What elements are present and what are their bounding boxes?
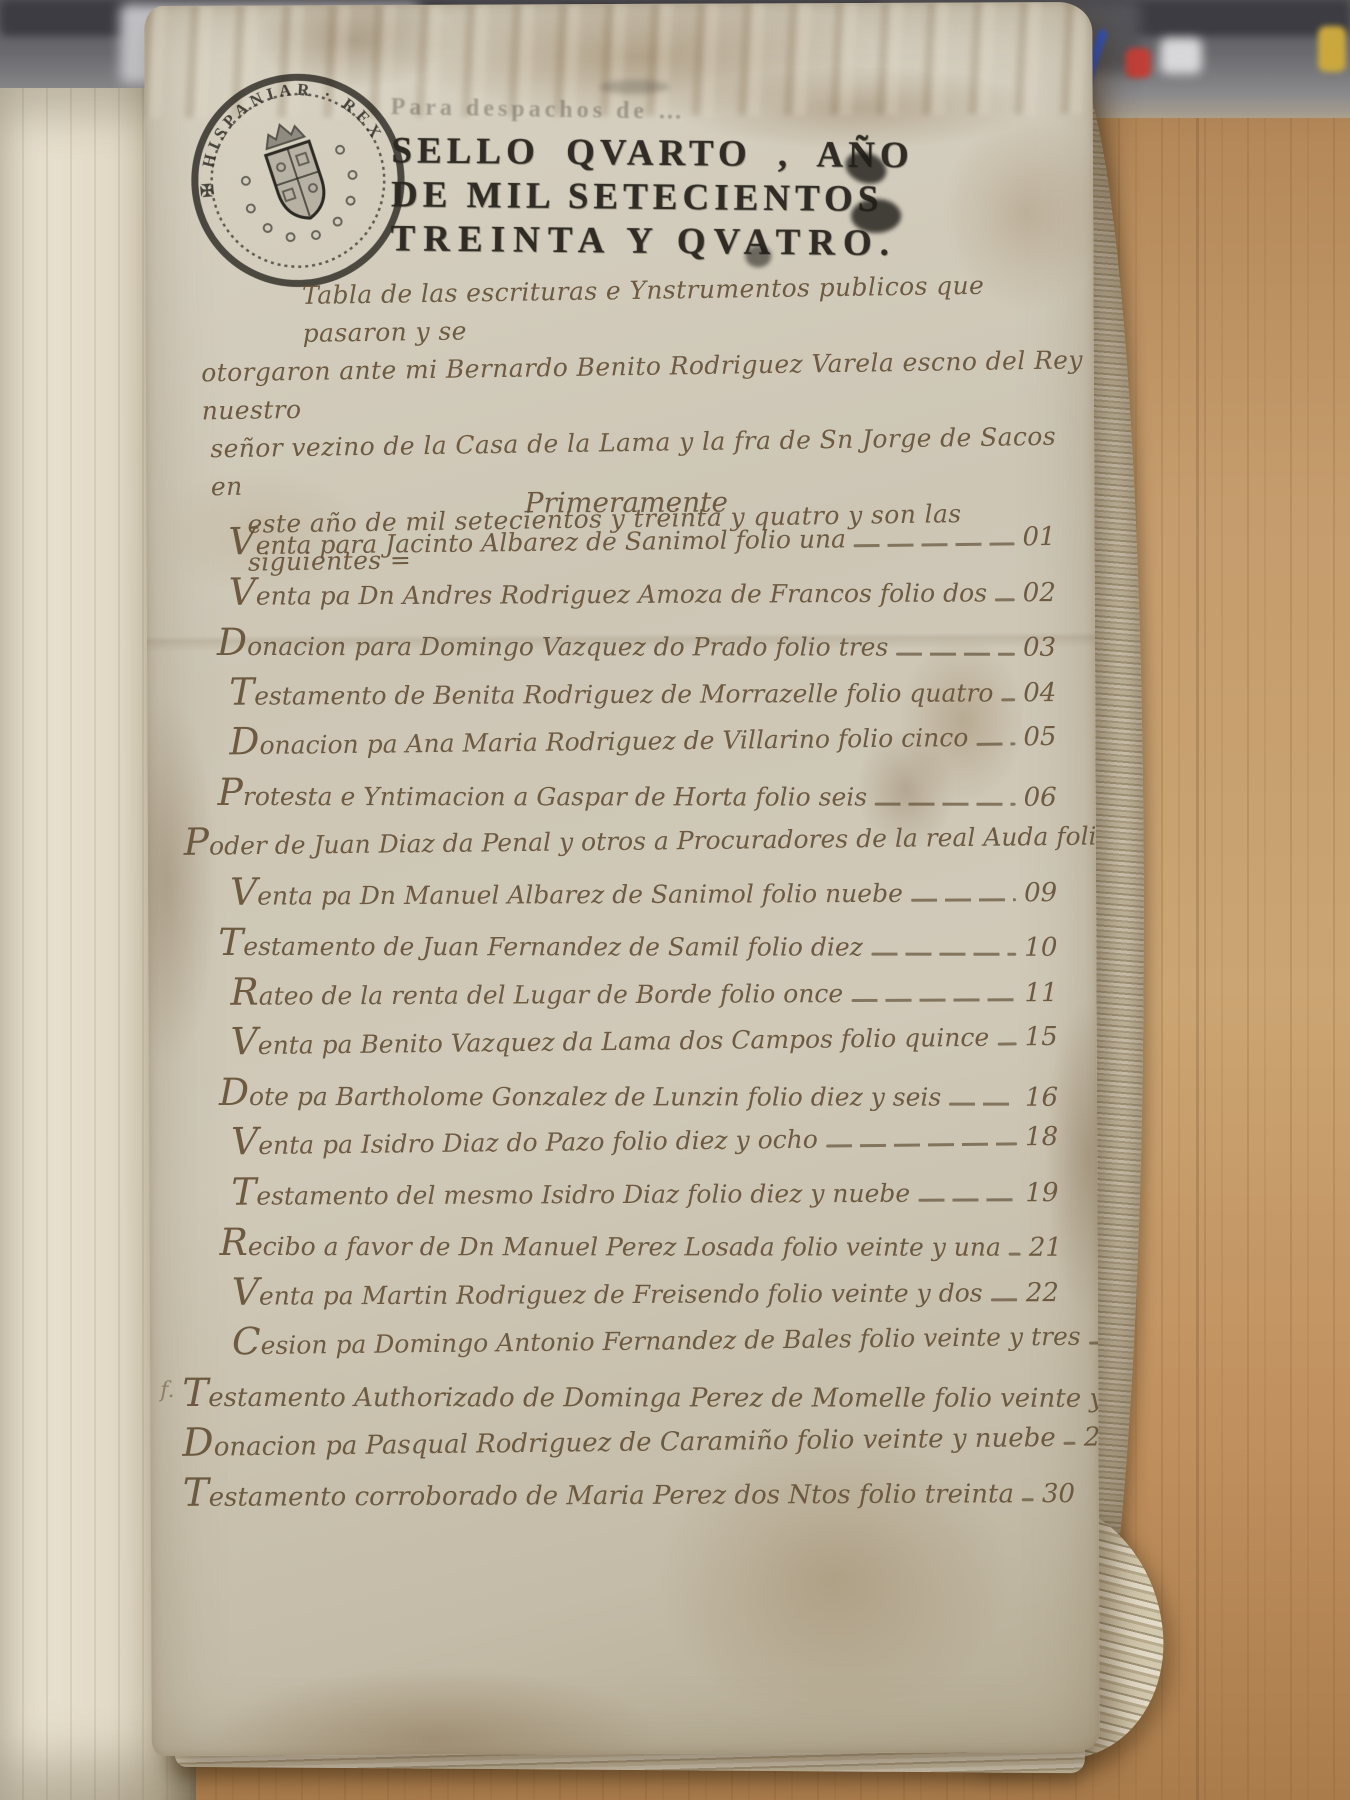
press-line-3: TREINTA Y QVATRO. bbox=[390, 217, 913, 266]
press-line-2: DE MIL SETECIENTOS bbox=[391, 173, 914, 222]
letterpress-tax-stamp-text: SELLO QVARTO , AÑO DE MIL SETECIENTOS TR… bbox=[390, 129, 913, 266]
entry-text: Venta pa Benito Vazquez da Lama dos Camp… bbox=[230, 1015, 989, 1061]
entry-row: Cesion pa Domingo Antonio Fernandez de B… bbox=[176, 1314, 1083, 1374]
entry-row: Testamento de Juan Fernandez de Samil fo… bbox=[174, 924, 1080, 975]
dash-leader bbox=[995, 598, 1015, 601]
entry-row: Donacion pa Pasqual Rodriguez de Caramiñ… bbox=[176, 1414, 1083, 1474]
dash-leader bbox=[826, 1142, 1017, 1147]
entry-text: Testamento de Juan Fernandez de Samil fo… bbox=[218, 924, 863, 962]
folio-number: 21 bbox=[1029, 1233, 1081, 1263]
dash-leader bbox=[991, 1298, 1018, 1301]
dash-leader bbox=[851, 998, 1016, 1002]
dash-leader bbox=[997, 1042, 1017, 1045]
photo-of-manuscript: ✠ HISPANIAR · REX · bbox=[0, 0, 1350, 1800]
small-red-item-blur bbox=[1125, 48, 1151, 78]
folio-number: 19 bbox=[1025, 1178, 1077, 1208]
folio-number: 05 bbox=[1023, 722, 1075, 753]
dash-leader bbox=[1064, 1441, 1076, 1444]
press-line-1: SELLO QVARTO , AÑO bbox=[391, 129, 914, 178]
folio-number: 29 bbox=[1084, 1422, 1100, 1453]
entry-row: Recibo a favor de Dn Manuel Perez Losada… bbox=[176, 1224, 1082, 1275]
dash-leader bbox=[896, 652, 1015, 655]
entry-row: Donacion pa Ana Maria Rodriguez de Villa… bbox=[173, 714, 1080, 774]
folio-number: 16 bbox=[1025, 1083, 1077, 1113]
entry-row: Venta pa Dn Andres Rodriguez Amoza de Fr… bbox=[173, 570, 1079, 624]
entry-text: Donacion para Domingo Vazquez do Prado f… bbox=[217, 624, 888, 662]
dash-leader bbox=[1022, 1498, 1034, 1501]
folio-number: 22 bbox=[1026, 1278, 1078, 1308]
ink-smudge bbox=[745, 245, 771, 267]
entry-text: Venta pa Dn Andres Rodriguez Amoza de Fr… bbox=[229, 570, 987, 611]
entry-text: Venta pa Martin Rodriguez de Freisendo f… bbox=[232, 1270, 983, 1311]
margin-annotation: f. bbox=[160, 1378, 174, 1403]
intro-line-2: otorgaron ante mi Bernardo Benito Rodrig… bbox=[201, 341, 1088, 430]
yellow-item-blur bbox=[1318, 26, 1346, 72]
folio-number: 02 bbox=[1023, 578, 1075, 608]
entry-text: Testamento de Benita Rodriguez de Morraz… bbox=[229, 670, 993, 711]
entries-list: Venta para Jacinto Albarez de Sanimol fo… bbox=[172, 520, 1082, 1524]
entry-row: Poder de Juan Diaz da Penal y otros a Pr… bbox=[174, 814, 1081, 874]
entry-text: Venta para Jacinto Albarez de Sanimol fo… bbox=[228, 516, 846, 561]
entry-text: Recibo a favor de Dn Manuel Perez Losada… bbox=[220, 1224, 1001, 1262]
small-white-item-blur bbox=[1160, 38, 1202, 74]
folio-number: 09 bbox=[1024, 878, 1076, 908]
entry-text: Testamento Authorizado de Dominga Perez … bbox=[182, 1374, 1100, 1414]
dash-leader bbox=[976, 742, 1015, 745]
entry-row: Donacion para Domingo Vazquez do Prado f… bbox=[173, 624, 1079, 675]
dash-leader bbox=[854, 542, 1015, 547]
dash-leader bbox=[871, 952, 1017, 955]
seal-shield bbox=[266, 141, 332, 225]
entry-row: Testamento corroborado de Maria Perez do… bbox=[177, 1470, 1083, 1524]
dash-leader bbox=[1009, 1252, 1021, 1255]
entry-text: Testamento corroborado de Maria Perez do… bbox=[183, 1470, 1014, 1513]
entry-text: Donacion pa Ana Maria Rodriguez de Villa… bbox=[229, 715, 968, 761]
entry-text: Rateo de la renta del Lugar de Borde fol… bbox=[230, 971, 843, 1011]
dash-leader bbox=[875, 802, 1016, 805]
entry-row: Testamento del mesmo Isidro Diaz folio d… bbox=[175, 1170, 1081, 1224]
section-heading: Primeramente bbox=[446, 485, 806, 520]
intro-line-1: Tabla de las escrituras e Ynstrumentos p… bbox=[302, 265, 1087, 353]
entry-text: Protesta e Yntimacion a Gaspar de Horta … bbox=[218, 774, 867, 812]
entry-row: Venta pa Benito Vazquez da Lama dos Camp… bbox=[174, 1014, 1081, 1074]
entry-text: Venta pa Dn Manuel Albarez de Sanimol fo… bbox=[230, 871, 903, 911]
entry-row: Venta pa Isidro Diaz do Pazo folio diez … bbox=[175, 1114, 1082, 1174]
entry-row: Venta para Jacinto Albarez de Sanimol fo… bbox=[172, 514, 1079, 574]
entry-text: Dote pa Bartholome Gonzalez de Lunzin fo… bbox=[219, 1074, 941, 1112]
folio-number: 01 bbox=[1022, 522, 1074, 553]
ink-smudge bbox=[851, 199, 901, 233]
dash-leader bbox=[918, 1198, 1017, 1201]
manuscript-page: ✠ HISPANIAR · REX · bbox=[144, 2, 1100, 1756]
folio-number: 10 bbox=[1024, 933, 1076, 963]
entry-text: Testamento del mesmo Isidro Diaz folio d… bbox=[231, 1171, 910, 1211]
folio-number: 30 bbox=[1042, 1479, 1094, 1509]
folio-number: 11 bbox=[1024, 978, 1076, 1008]
dash-leader bbox=[911, 898, 1016, 901]
table-plank-seam bbox=[1196, 0, 1199, 1800]
dash-leader bbox=[949, 1102, 1017, 1105]
entry-text: Venta pa Isidro Diaz do Pazo folio diez … bbox=[231, 1117, 818, 1161]
folio-number: 04 bbox=[1023, 678, 1075, 708]
folio-number: 15 bbox=[1024, 1022, 1076, 1053]
folio-number: 03 bbox=[1023, 633, 1075, 663]
folio-number: 18 bbox=[1025, 1122, 1077, 1153]
folio-number: 06 bbox=[1024, 783, 1076, 813]
dash-leader bbox=[1001, 698, 1015, 701]
entry-row: Venta pa Dn Manuel Albarez de Sanimol fo… bbox=[174, 870, 1080, 924]
